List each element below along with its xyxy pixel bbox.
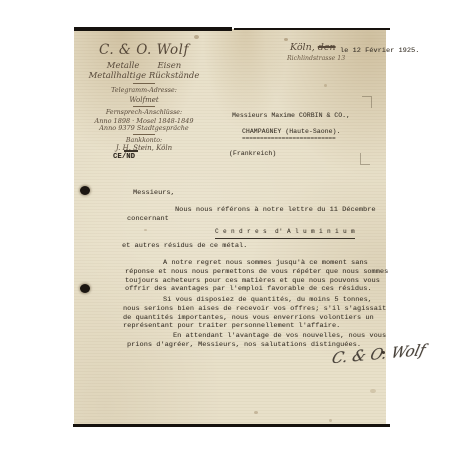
stain-speck xyxy=(254,411,258,414)
struck-word: den xyxy=(318,42,336,53)
phone-label: Fernsprech-Anschlüsse: xyxy=(76,109,212,116)
reference-code: CE/ND xyxy=(113,153,135,161)
punch-hole xyxy=(80,284,90,293)
letterhead-dash-mark xyxy=(124,150,138,152)
dateline-city-script: Köln, den xyxy=(290,42,336,53)
closing-line-2: prions d'agréer, Messieurs, nos salutati… xyxy=(127,341,361,349)
intro-line-3: et autres résidus de ce métal. xyxy=(122,242,247,250)
product-left: Metalle xyxy=(107,61,140,71)
product-subline: Metallhaltige Rückstände xyxy=(76,71,212,81)
scan-edge-bottom xyxy=(73,424,390,427)
paper-sheet: C. & O. Wolf MetalleEisen Metallhaltige … xyxy=(74,29,386,426)
bank-label: Bankkonto: xyxy=(76,137,212,144)
ink-speck xyxy=(382,351,385,354)
para3-line-3: de quantités importantes, nous vous enve… xyxy=(123,314,374,322)
salutation: Messieurs, xyxy=(133,189,175,197)
para2-line-1: A notre regret nous sommes jusqu'à ce mo… xyxy=(163,259,368,267)
stain-speck xyxy=(284,38,288,41)
intro-line-2: concernant xyxy=(127,215,169,223)
punch-hole xyxy=(80,186,90,195)
phone-line-2: Anno 9379 Stadtgespräche xyxy=(76,124,212,132)
telegram-label: Telegramm-Adresse: xyxy=(76,87,212,94)
product-right: Eisen xyxy=(157,61,181,71)
stain-speck xyxy=(324,84,327,87)
para3-line-1: Si vous disposiez de quantités, du moins… xyxy=(163,296,372,304)
subject-line: C e n d r e s d' A l u m i n i u m xyxy=(215,228,355,239)
telegram-value: Wolfmet xyxy=(76,96,212,104)
closing-line-1: En attendant l'avantage de vos nouvelles… xyxy=(173,332,386,340)
bank-value: J. H. Stein, Köln xyxy=(76,144,212,152)
para2-line-4: offrir des avantages par l'emploi favora… xyxy=(125,285,372,293)
stain-speck xyxy=(370,389,376,393)
letterhead-divider xyxy=(133,83,155,84)
scan-edge-top xyxy=(234,28,390,30)
pencil-mark xyxy=(362,96,372,108)
recipient-line-1: Messieurs Maxime CORBIN & CO., xyxy=(232,112,350,120)
letterhead-divider xyxy=(133,106,155,107)
recipient-underline: ========================== xyxy=(242,135,336,143)
scan-edge-top xyxy=(74,27,232,31)
para2-line-3: toujours acheteurs pour ces matières et … xyxy=(125,277,380,285)
para2-line-2: réponse et nous nous permettons de vous … xyxy=(125,268,388,276)
intro-line-1: Nous nous référons à notre lettre du 11 … xyxy=(175,206,376,214)
pencil-mark xyxy=(360,153,370,165)
stain-speck xyxy=(194,35,199,39)
stain-speck xyxy=(144,229,147,231)
letter-scan: C. & O. Wolf MetalleEisen Metallhaltige … xyxy=(0,0,458,458)
para3-line-4: représentant pour traiter personnellemen… xyxy=(123,322,340,330)
recipient-line-3: (Frankreich) xyxy=(229,150,276,158)
company-name: C. & O. Wolf xyxy=(76,42,212,58)
typed-date: le 12 Février 1925. xyxy=(340,47,419,55)
product-line: MetalleEisen xyxy=(76,61,212,71)
street-script: Richlindstrasse 13 xyxy=(287,55,345,62)
stain-speck xyxy=(329,419,332,422)
letterhead-divider xyxy=(133,134,155,135)
para3-line-2: nous serions bien aises de recevoir vos … xyxy=(123,305,386,313)
